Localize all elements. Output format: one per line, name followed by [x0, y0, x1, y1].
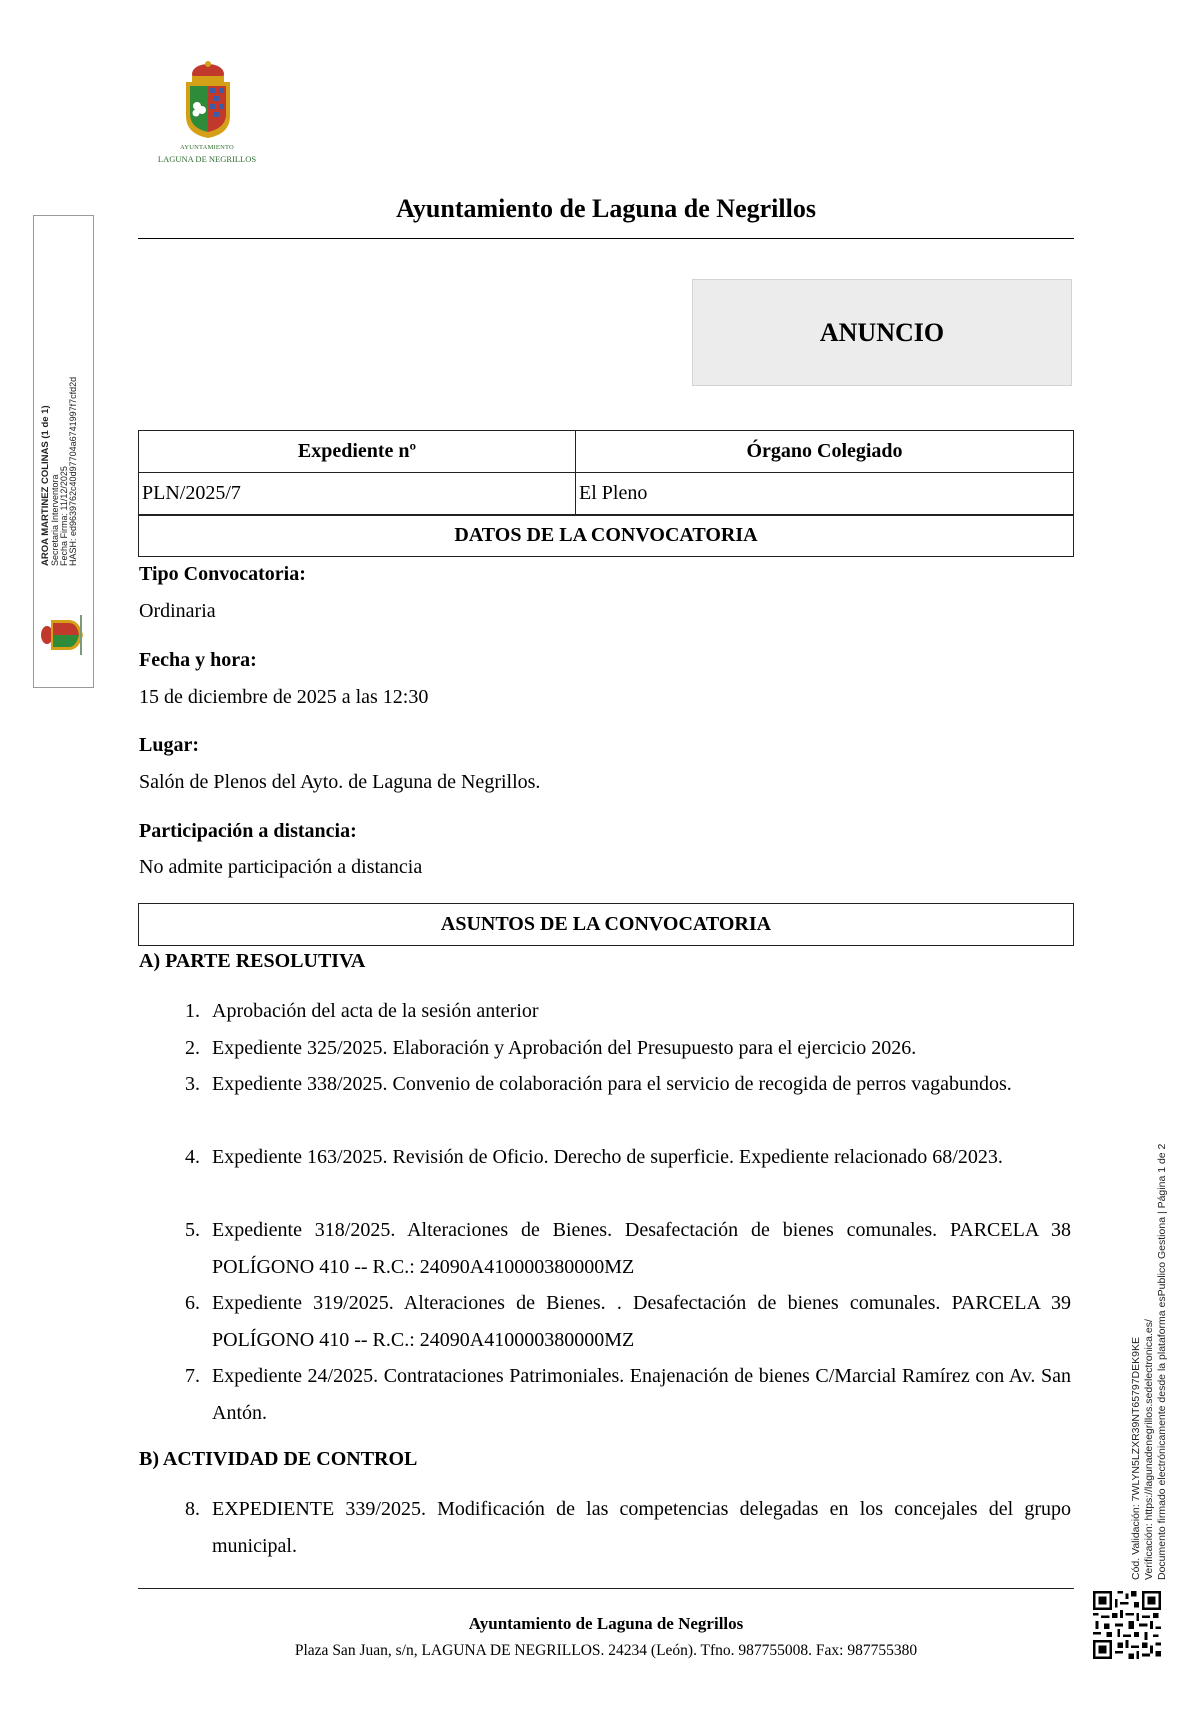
page-title: Ayuntamiento de Laguna de Negrillos	[138, 194, 1074, 224]
signature-notice: Documento firmado electrónicamente desde…	[1156, 1144, 1168, 1580]
expediente-number: PLN/2025/7	[139, 473, 576, 515]
item-text: Expediente 318/2025. Alteraciones de Bie…	[212, 1212, 1071, 1285]
item-text: EXPEDIENTE 339/2025. Modificación de las…	[212, 1491, 1071, 1564]
document-type-box: ANUNCIO	[692, 279, 1072, 386]
field-value-tipo: Ordinaria	[139, 600, 216, 623]
list-item: 1. Aprobación del acta de la sesión ante…	[172, 993, 1071, 1030]
table-header-row: Expediente nº Órgano Colegiado	[139, 431, 1074, 473]
section-row: DATOS DE LA CONVOCATORIA	[139, 515, 1074, 557]
field-label-tipo: Tipo Convocatoria:	[139, 563, 306, 586]
field-value-lugar: Salón de Plenos del Ayto. de Laguna de N…	[139, 771, 540, 794]
table-row: PLN/2025/7 El Pleno	[139, 473, 1074, 515]
field-label-participacion: Participación a distancia:	[139, 820, 357, 843]
qr-code-icon[interactable]	[1093, 1591, 1161, 1659]
asuntos-heading: ASUNTOS DE LA CONVOCATORIA	[441, 913, 771, 936]
footer-address: Plaza San Juan, s/n, LAGUNA DE NEGRILLOS…	[138, 1642, 1074, 1660]
item-number: 6.	[172, 1285, 200, 1322]
item-number: 7.	[172, 1358, 200, 1395]
stamp-coat-of-arms-icon	[40, 611, 86, 659]
validation-code: Cód. Validación: 7WLYN5LZXR39NT65797DEK9…	[1130, 1337, 1142, 1580]
list-item: 2. Expediente 325/2025. Elaboración y Ap…	[172, 1030, 1071, 1067]
item-number: 1.	[172, 993, 200, 1030]
footer-divider	[138, 1588, 1074, 1589]
item-text: Expediente 163/2025. Revisión de Oficio.…	[212, 1139, 1071, 1176]
logo-caption-line1: AYUNTAMIENTO	[148, 144, 266, 151]
field-label-fecha: Fecha y hora:	[139, 649, 257, 672]
list-item: 6. Expediente 319/2025. Alteraciones de …	[172, 1285, 1071, 1358]
field-value-participacion: No admite participación a distancia	[139, 856, 422, 879]
municipal-logo: AYUNTAMIENTO LAGUNA DE NEGRILLOS	[148, 58, 266, 170]
logo-caption-line2: LAGUNA DE NEGRILLOS	[148, 154, 266, 164]
header-expediente: Expediente nº	[139, 431, 576, 473]
field-value-fecha: 15 de diciembre de 2025 a las 12:30	[139, 686, 428, 709]
header-organo: Órgano Colegiado	[576, 431, 1074, 473]
item-number: 5.	[172, 1212, 200, 1249]
footer-title: Ayuntamiento de Laguna de Negrillos	[138, 1614, 1074, 1634]
item-number: 4.	[172, 1139, 200, 1176]
item-text: Aprobación del acta de la sesión anterio…	[212, 993, 1071, 1030]
verification-url[interactable]: Verificación: https://lagunadenegrillos.…	[1143, 1319, 1155, 1580]
title-divider	[138, 238, 1074, 239]
item-text: Expediente 325/2025. Elaboración y Aprob…	[212, 1030, 1071, 1067]
section-heading-actividad-control: B) ACTIVIDAD DE CONTROL	[139, 1448, 417, 1471]
list-item: 5. Expediente 318/2025. Alteraciones de …	[172, 1212, 1071, 1285]
list-item: 4. Expediente 163/2025. Revisión de Ofic…	[172, 1139, 1071, 1176]
coat-of-arms-icon	[182, 60, 234, 140]
asuntos-heading-box: ASUNTOS DE LA CONVOCATORIA	[138, 903, 1074, 946]
list-item: 7. Expediente 24/2025. Contrataciones Pa…	[172, 1358, 1071, 1431]
list-item: 8. EXPEDIENTE 339/2025. Modificación de …	[172, 1491, 1071, 1564]
document-type-label: ANUNCIO	[820, 318, 944, 348]
organo-colegiado: El Pleno	[576, 473, 1074, 515]
expediente-table: Expediente nº Órgano Colegiado PLN/2025/…	[138, 430, 1074, 557]
signature-hash: HASH: ed9639762c40d97704a6741997f7cfd2d	[68, 377, 78, 566]
list-item: 3. Expediente 338/2025. Convenio de cola…	[172, 1066, 1071, 1103]
item-text: Expediente 338/2025. Convenio de colabor…	[212, 1066, 1071, 1103]
item-number: 2.	[172, 1030, 200, 1067]
item-number: 8.	[172, 1491, 200, 1528]
signature-stamp: AROA MARTINEZ COLINAS (1 de 1) Secretari…	[33, 215, 94, 688]
datos-convocatoria-heading: DATOS DE LA CONVOCATORIA	[139, 515, 1074, 557]
item-text: Expediente 319/2025. Alteraciones de Bie…	[212, 1285, 1071, 1358]
section-heading-parte-resolutiva: A) PARTE RESOLUTIVA	[139, 950, 365, 973]
item-number: 3.	[172, 1066, 200, 1103]
field-label-lugar: Lugar:	[139, 734, 199, 757]
item-text: Expediente 24/2025. Contrataciones Patri…	[212, 1358, 1071, 1431]
